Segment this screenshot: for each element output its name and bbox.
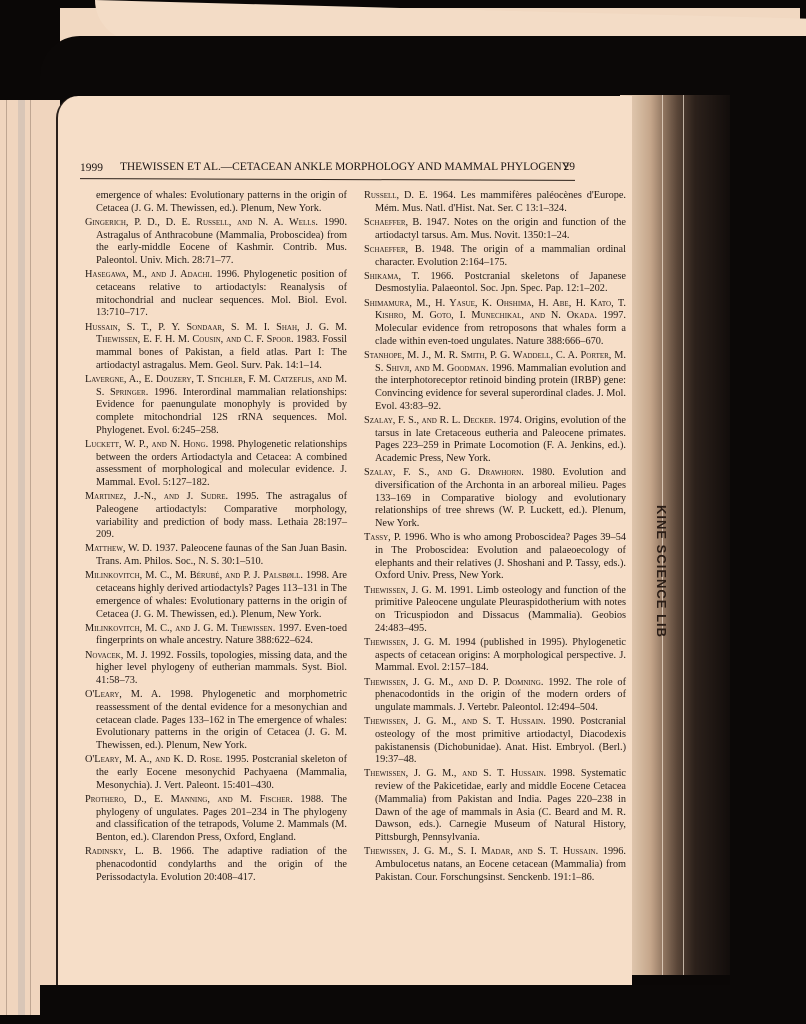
references-right-column: Russell, D. E. 1964. Les mammifères palé… — [364, 190, 626, 886]
reference-authors: Hasegawa, M., and J. Adachi. — [85, 269, 212, 280]
reference-entry: Thewissen, J. G. M. 1994 (published in 1… — [364, 637, 626, 675]
reference-authors: Szalay, F. S., and R. L. Decker. — [364, 415, 496, 426]
reference-entry: Shimamura, M., H. Yasue, K. Ohshima, H. … — [364, 298, 626, 349]
reference-entry: Shikama, T. 1966. Postcranial skeletons … — [364, 271, 626, 296]
reference-authors: Matthew, W. D. — [85, 543, 152, 554]
reference-text: 1996. Who is who among Proboscidea? Page… — [375, 532, 626, 581]
reference-entry: Tassy, P. 1996. Who is who among Probosc… — [364, 532, 626, 583]
reference-authors: Shimamura, M., H. Yasue, K. Ohshima, H. … — [364, 298, 626, 322]
reference-entry: O'Leary, M. A., and K. D. Rose. 1995. Po… — [85, 754, 347, 792]
reference-entry: Milinkovitch, M. C., M. Bérubé, and P. J… — [85, 570, 347, 621]
bottom-background — [40, 985, 806, 1024]
reference-authors: Szalay, F. S., and G. Drawhorn. — [364, 467, 524, 478]
reference-entry: Szalay, F. S., and R. L. Decker. 1974. O… — [364, 415, 626, 466]
reference-entry: Hussain, S. T., P. Y. Sondaar, S. M. I. … — [85, 322, 347, 373]
reference-authors: Prothero, D., E. Manning, and M. Fischer… — [85, 794, 293, 805]
reference-authors: Novacek, M. J. — [85, 650, 147, 661]
reference-authors: Gingerich, P. D., D. E. Russell, and N. … — [85, 217, 318, 228]
reference-entry: Martinez, J.-N., and J. Sudre. 1995. The… — [85, 491, 347, 542]
reference-entry: Russell, D. E. 1964. Les mammifères palé… — [364, 190, 626, 215]
reference-authors: O'Leary, M. A., and K. D. Rose. — [85, 754, 222, 765]
reference-entry: Radinsky, L. B. 1966. The adaptive radia… — [85, 846, 347, 884]
reference-authors: Shikama, T. — [364, 271, 420, 282]
reference-entry: Thewissen, J. G. M., and S. T. Hussain. … — [364, 768, 626, 844]
reference-authors: Russell, D. E. — [364, 190, 428, 201]
reference-entry: Prothero, D., E. Manning, and M. Fischer… — [85, 794, 347, 845]
reference-authors: Schaeffer, B. — [364, 217, 422, 228]
running-header: 1999 THEWISSEN ET AL.—CETACEAN ANKLE MOR… — [80, 160, 575, 178]
reference-entry: Thewissen, J. G. M. 1991. Limb osteology… — [364, 585, 626, 636]
reference-authors: Thewissen, J. G. M., and S. T. Hussain. — [364, 716, 546, 727]
book-spine-gutter — [620, 95, 730, 975]
reference-entry: Schaeffer, B. 1947. Notes on the origin … — [364, 217, 626, 242]
reference-entry: Hasegawa, M., and J. Adachi. 1996. Phylo… — [85, 269, 347, 320]
reference-entry: Matthew, W. D. 1937. Paleocene faunas of… — [85, 543, 347, 568]
reference-authors: Milinkovitch, M. C., and J. G. M. Thewis… — [85, 623, 275, 634]
reference-entry: Milinkovitch, M. C., and J. G. M. Thewis… — [85, 623, 347, 648]
reference-entry: Szalay, F. S., and G. Drawhorn. 1980. Ev… — [364, 467, 626, 531]
references-left-column: emergence of whales: Evolutionary patter… — [85, 190, 347, 886]
reference-entry: Luckett, W. P., and N. Hong. 1998. Phylo… — [85, 439, 347, 490]
reference-entry: Stanhope, M. J., M. R. Smith, P. G. Wadd… — [364, 350, 626, 414]
reference-authors: Thewissen, J. G. M., and D. P. Domning. — [364, 677, 543, 688]
left-page-stack — [0, 100, 60, 1015]
reference-entry: Thewissen, J. G. M., S. I. Madar, and S.… — [364, 846, 626, 884]
reference-authors: Schaeffer, B. — [364, 244, 424, 255]
reference-authors: Thewissen, J. G. M., and S. T. Hussain. — [364, 768, 546, 779]
reference-authors: Luckett, W. P., and N. Hong. — [85, 439, 208, 450]
reference-text: emergence of whales: Evolutionary patter… — [96, 190, 347, 214]
reference-entry: Lavergne, A., E. Douzery, T. Stichler, F… — [85, 374, 347, 438]
reference-authors: Tassy, P. — [364, 532, 401, 543]
page-number: 29 — [564, 161, 576, 173]
reference-authors: Thewissen, J. G. M. — [364, 585, 447, 596]
header-title: THEWISSEN ET AL.—CETACEAN ANKLE MORPHOLO… — [120, 161, 570, 173]
reference-authors: O'Leary, M. A. — [85, 689, 161, 700]
reference-entry: Novacek, M. J. 1992. Fossils, topologies… — [85, 650, 347, 688]
reference-entry: Thewissen, J. G. M., and S. T. Hussain. … — [364, 716, 626, 767]
library-stamp: KINE SCIENCE LIB — [654, 505, 669, 638]
reference-entry: Gingerich, P. D., D. E. Russell, and N. … — [85, 217, 347, 268]
reference-authors: Thewissen, J. G. M., S. I. Madar, and S.… — [364, 846, 598, 857]
reference-authors: Martinez, J.-N., and J. Sudre. — [85, 491, 228, 502]
reference-text: 1998. Systematic review of the Pakicetid… — [375, 768, 626, 843]
reference-authors: Milinkovitch, M. C., M. Bérubé, and P. J… — [85, 570, 303, 581]
reference-authors: Radinsky, L. B. — [85, 846, 162, 857]
right-background — [730, 95, 806, 1024]
reference-entry: emergence of whales: Evolutionary patter… — [85, 190, 347, 215]
reference-entry: Schaeffer, B. 1948. The origin of a mamm… — [364, 244, 626, 269]
reference-authors: Thewissen, J. G. M. — [364, 637, 450, 648]
header-year: 1999 — [80, 162, 103, 174]
reference-entry: Thewissen, J. G. M., and D. P. Domning. … — [364, 677, 626, 715]
reference-entry: O'Leary, M. A. 1998. Phylogenetic and mo… — [85, 689, 347, 753]
